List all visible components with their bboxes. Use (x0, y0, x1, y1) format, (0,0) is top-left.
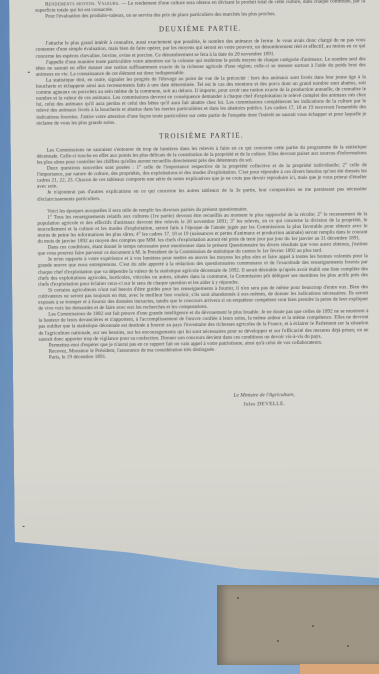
document-body: Rendements moyens. Valeurs. — Le rendeme… (35, 0, 369, 410)
heading-part-2: DEUXIÈME PARTIE. (35, 25, 365, 35)
signature-block: Le Ministre de l'Agriculture, Jules DEVE… (39, 391, 369, 410)
margin-mark (28, 72, 30, 73)
table-surface (300, 664, 379, 674)
closing-paragraph: Je m'en rapporte à votre expérience et à… (38, 254, 368, 288)
speck (312, 625, 314, 627)
signatory-title: Le Ministre de l'Agriculture, (159, 391, 369, 399)
cardboard-sheet (217, 585, 379, 665)
part3-paragraph: Deux questions nouvelles sont posées : 1… (37, 162, 367, 190)
speck (237, 597, 239, 599)
document-page: Rendements moyens. Valeurs. — Le rendeme… (9, 0, 379, 583)
closing-paragraph: Les Commissions de 1882 ont fait preuve … (38, 308, 368, 342)
speck (277, 640, 279, 642)
part2-paragraph: La statistique doit, en outre, signaler … (36, 74, 366, 126)
schedule-text: 1° Tous les renseignements relatifs aux … (37, 211, 367, 245)
closing-paragraph: Si certains agriculteurs n'ont nul besoi… (38, 284, 368, 312)
margin-mark (23, 526, 25, 527)
heading-part-3: TROISIÈME PARTIE. (36, 131, 366, 141)
signatory-name: Jules DEVELLE. (159, 400, 369, 408)
speck (347, 645, 349, 647)
